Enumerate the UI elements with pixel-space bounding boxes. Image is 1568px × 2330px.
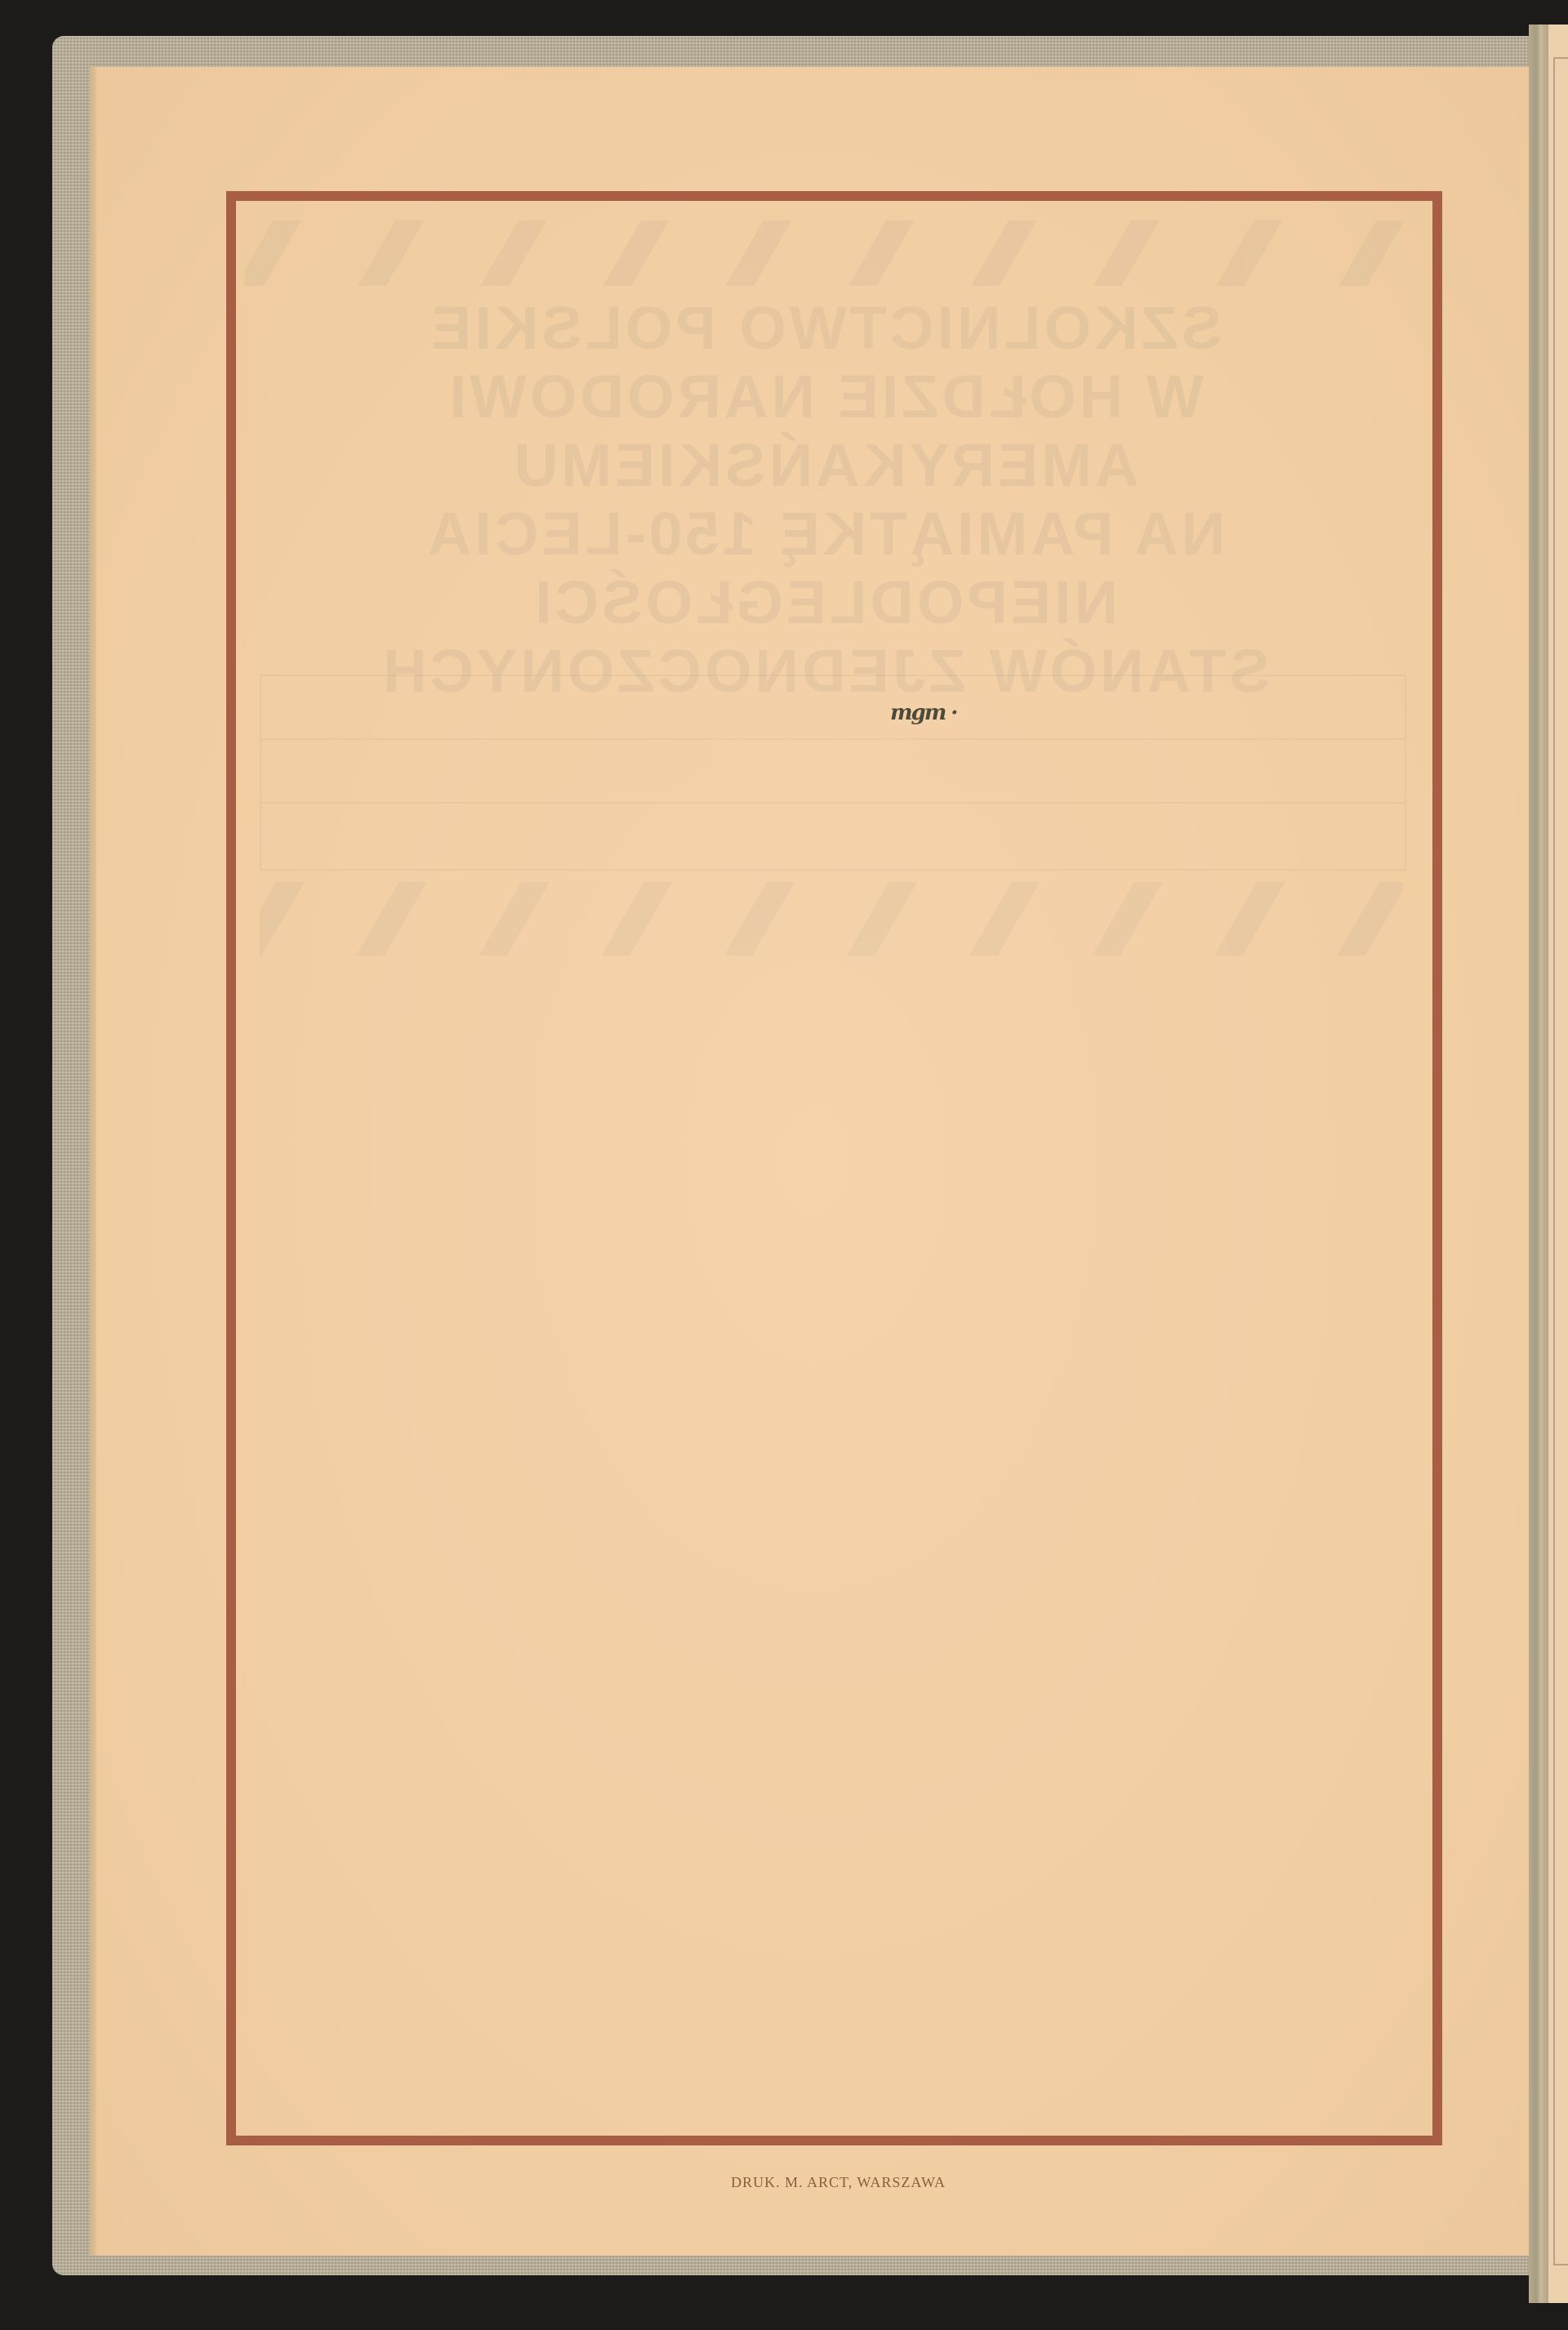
page-frame-border [226, 191, 1442, 2145]
book-gutter [1529, 25, 1548, 2303]
next-page-frame [1553, 57, 1568, 2265]
ink-mark: mgm · [890, 701, 956, 725]
printer-imprint: DRUK. M. ARCT, WARSZAWA [0, 2174, 1568, 2191]
